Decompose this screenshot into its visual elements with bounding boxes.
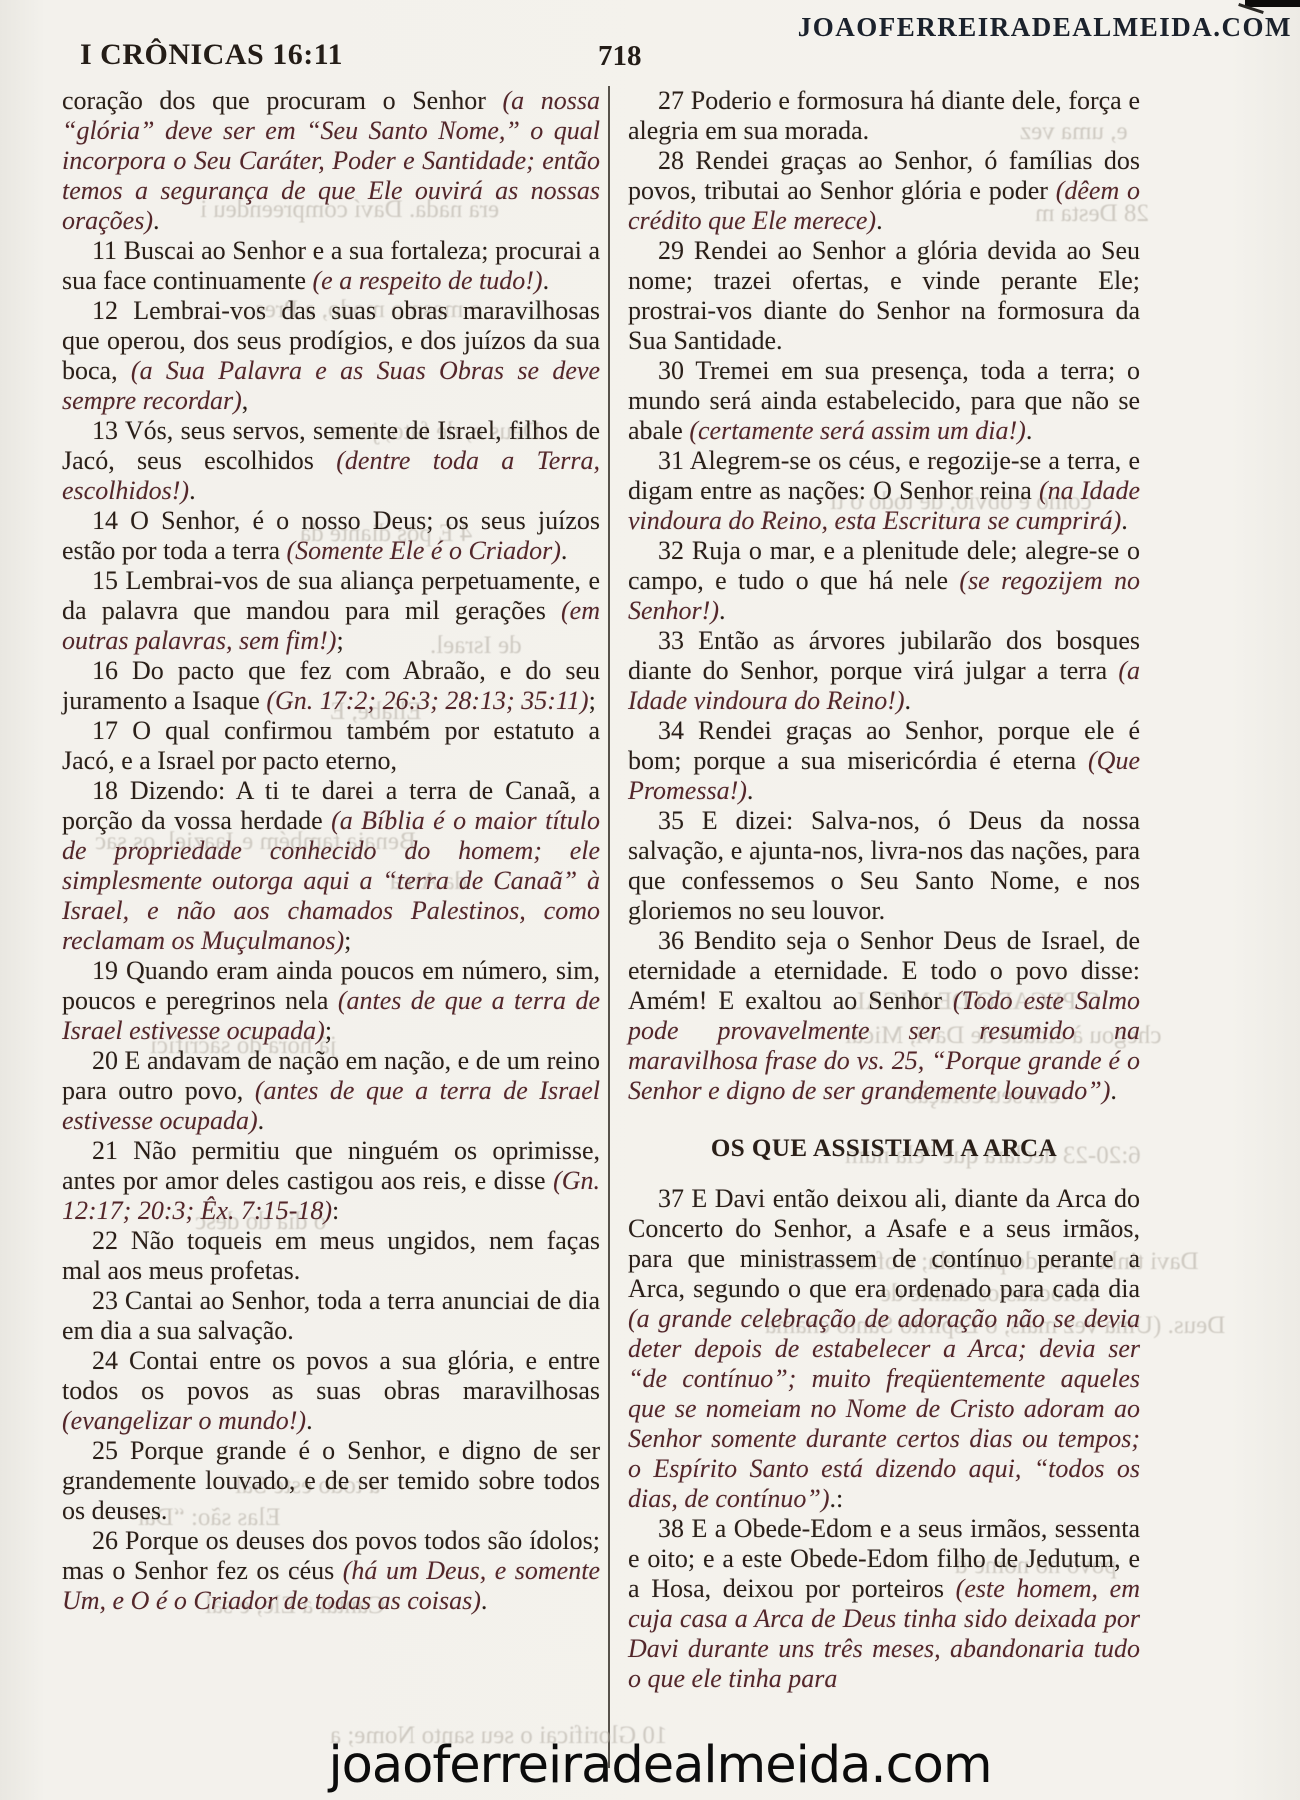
verse-text: . [905, 686, 912, 715]
verse-paragraph: 28 Rendei graças ao Senhor, ó famílias d… [628, 146, 1140, 236]
verse-text: . [543, 266, 550, 295]
verse-text: . [153, 206, 160, 235]
verse-paragraph: 23 Cantai ao Senhor, toda a terra anunci… [62, 1286, 600, 1346]
verse-paragraph: 29 Rendei ao Senhor a glória devida ao S… [628, 236, 1140, 356]
verse-text: 22 Não toqueis em meus ungidos, nem faça… [62, 1226, 600, 1285]
verse-text: , [242, 386, 249, 415]
verse-paragraph: 33 Então as árvores jubilarão dos bosque… [628, 626, 1140, 716]
verse-paragraph: 35 E dizei: Salva-nos, ó Deus da nossa s… [628, 806, 1140, 926]
verse-paragraph: 21 Não permitiu que ninguém os oprimisse… [62, 1136, 600, 1226]
verse-paragraph: 22 Não toqueis em meus ungidos, nem faça… [62, 1226, 600, 1286]
verse-text: . [876, 206, 883, 235]
verse-paragraph: 26 Porque os deuses dos povos todos são … [62, 1526, 600, 1616]
verse-text: . [481, 1586, 488, 1615]
commentary-text: (a Sua Palavra e as Suas Obras se deve s… [62, 356, 600, 415]
verse-text: 33 Então as árvores jubilarão dos bosque… [628, 626, 1140, 685]
verse-text: : [332, 1196, 339, 1225]
verse-paragraph: 38 E a Obede-Edom e a seus irmãos, sesse… [628, 1514, 1140, 1694]
verse-paragraph: 15 Lembrai-vos de sua aliança perpetuame… [62, 566, 600, 656]
verse-text: . [1110, 1076, 1117, 1105]
verse-text: .: [830, 1484, 844, 1513]
commentary-text: (evangelizar o mundo!) [62, 1406, 306, 1435]
verse-text: 25 Porque grande é o Senhor, e digno de … [62, 1436, 600, 1525]
verse-paragraph: 12 Lembrai-vos das suas obras maravilhos… [62, 296, 600, 416]
commentary-text: (Somente Ele é o Criador) [287, 536, 561, 565]
verse-text: . [189, 476, 196, 505]
running-head-reference: I CRÔNICAS 16:11 [80, 38, 343, 72]
commentary-text: (Gn. 17:2; 26:3; 28:13; 35:11) [266, 686, 588, 715]
verse-paragraph: 17 O qual confirmou também por estatuto … [62, 716, 600, 776]
verse-text: . [747, 776, 754, 805]
column-divider-rule [608, 86, 610, 1768]
section-heading: OS QUE ASSISTIAM A ARCA [628, 1134, 1140, 1164]
verse-text: . [1121, 506, 1128, 535]
verse-paragraph: 24 Contai entre os povos a sua glória, e… [62, 1346, 600, 1436]
verse-text: ; [589, 686, 596, 715]
verse-text: . [719, 596, 726, 625]
commentary-text: (certamente será assim um dia!) [689, 416, 1026, 445]
verse-paragraph: 25 Porque grande é o Senhor, e digno de … [62, 1436, 600, 1526]
verse-text: ; [325, 1016, 332, 1045]
verse-paragraph: 13 Vós, seus servos, semente de Israel, … [62, 416, 600, 506]
verse-paragraph: coração dos que procuram o Senhor (a nos… [62, 86, 600, 236]
verse-paragraph: 18 Dizendo: A ti te darei a terra de Can… [62, 776, 600, 956]
verse-paragraph: 36 Bendito seja o Senhor Deus de Israel,… [628, 926, 1140, 1106]
verse-text: . [306, 1406, 313, 1435]
verse-text: 34 Rendei graças ao Senhor, porque ele é… [628, 716, 1140, 775]
commentary-text: (a grande celebração de adoração não se … [628, 1304, 1140, 1513]
verse-text: . [561, 536, 568, 565]
verse-text: 27 Poderio e formosura há diante dele, f… [628, 86, 1140, 145]
verse-text: . [1026, 416, 1033, 445]
verse-text: 37 E Davi então deixou ali, diante da Ar… [628, 1184, 1140, 1303]
page-number: 718 [598, 40, 642, 73]
verse-paragraph: 14 O Senhor, é o nosso Deus; os seus juí… [62, 506, 600, 566]
left-column: coração dos que procuram o Senhor (a nos… [62, 86, 600, 1616]
verse-text: ; [336, 626, 343, 655]
verse-paragraph: 20 E andavam de nação em nação, e de um … [62, 1046, 600, 1136]
site-domain-header: JOAOFERREIRADEALMEIDA.COM [798, 12, 1292, 43]
scanned-book-page: JOAOFERREIRADEALMEIDA.COM I CRÔNICAS 16:… [0, 0, 1300, 1800]
verse-paragraph: 30 Tremei em sua presença, toda a terra;… [628, 356, 1140, 446]
verse-text: coração dos que procuram o Senhor [62, 86, 502, 115]
verse-text: 35 E dizei: Salva-nos, ó Deus da nossa s… [628, 806, 1140, 925]
verse-paragraph: 11 Buscai ao Senhor e a sua fortaleza; p… [62, 236, 600, 296]
verse-text: 23 Cantai ao Senhor, toda a terra anunci… [62, 1286, 600, 1345]
verse-text: 29 Rendei ao Senhor a glória devida ao S… [628, 236, 1140, 355]
verse-text: . [258, 1106, 265, 1135]
verse-text: 24 Contai entre os povos a sua glória, e… [62, 1346, 600, 1405]
verse-paragraph: 31 Alegrem-se os céus, e regozije-se a t… [628, 446, 1140, 536]
verse-paragraph: 16 Do pacto que fez com Abraão, e do seu… [62, 656, 600, 716]
verse-paragraph: 37 E Davi então deixou ali, diante da Ar… [628, 1184, 1140, 1514]
verse-text: 17 O qual confirmou também por estatuto … [62, 716, 600, 775]
watermark-domain: joaoferreiradealmeida.com [328, 1736, 991, 1795]
scan-artifact-bar [1245, 0, 1300, 7]
verse-paragraph: 34 Rendei graças ao Senhor, porque ele é… [628, 716, 1140, 806]
commentary-text: (e a respeito de tudo!) [313, 266, 543, 295]
verse-text: 15 Lembrai-vos de sua aliança perpetuame… [62, 566, 600, 625]
right-column: 27 Poderio e formosura há diante dele, f… [628, 86, 1140, 1694]
verse-text: 21 Não permitiu que ninguém os oprimisse… [62, 1136, 600, 1195]
verse-paragraph: 27 Poderio e formosura há diante dele, f… [628, 86, 1140, 146]
verse-paragraph: 32 Ruja o mar, e a plenitude dele; alegr… [628, 536, 1140, 626]
verse-text: ; [344, 926, 351, 955]
verse-paragraph: 19 Quando eram ainda poucos em número, s… [62, 956, 600, 1046]
